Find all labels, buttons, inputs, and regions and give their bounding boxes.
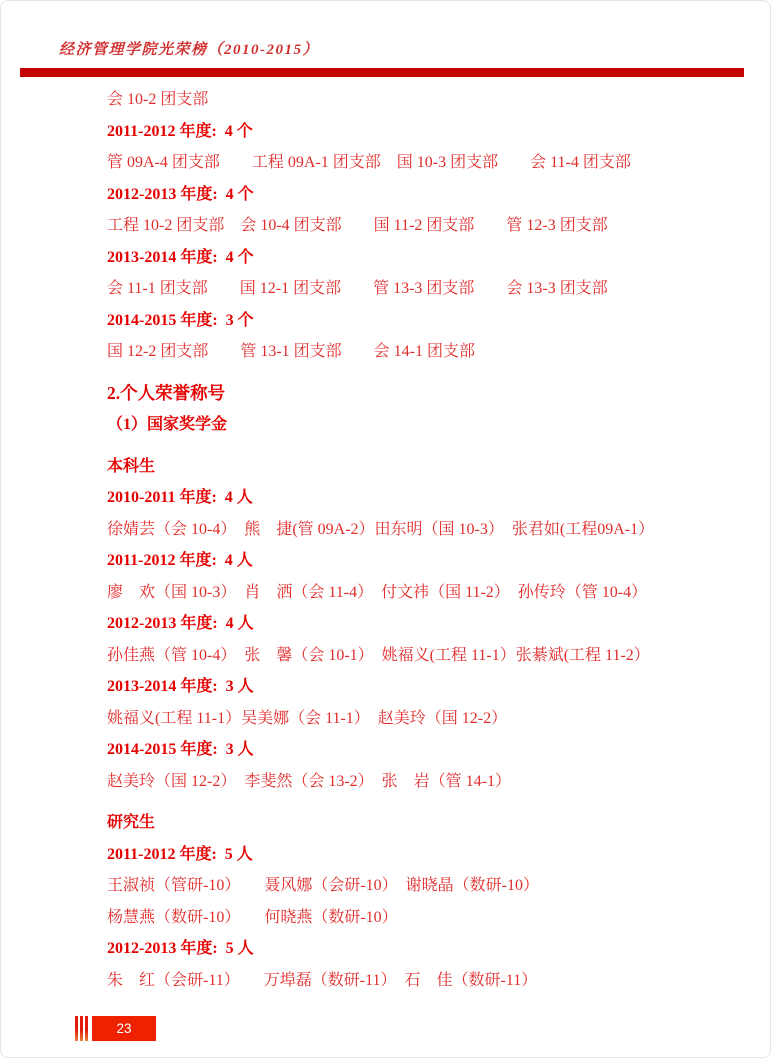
entry-line: 王淑祯（管研-10） 聂风娜（会研-10） 谢晓晶（数研-10） <box>107 870 757 902</box>
year-heading: 2011-2012 年度: 4 人 <box>107 545 757 577</box>
entry-line: 会 11-1 团支部 国 12-1 团支部 管 13-3 团支部 会 13-3 … <box>107 273 757 305</box>
year-heading: 2013-2014 年度: 3 人 <box>107 671 757 703</box>
year-heading: 2012-2013 年度: 4 个 <box>107 179 757 211</box>
page-header-title: 经济管理学院光荣榜（2010-2015） <box>59 38 319 59</box>
year-heading: 2012-2013 年度: 4 人 <box>107 608 757 640</box>
footer-stripe <box>80 1016 83 1041</box>
year-heading: 2012-2013 年度: 5 人 <box>107 933 757 965</box>
footer-stripe <box>75 1016 78 1041</box>
year-heading: 2011-2012 年度: 5 人 <box>107 839 757 871</box>
subsection-heading: （1）国家奖学金 <box>107 409 757 441</box>
section-heading: 2.个人荣誉称号 <box>107 378 757 410</box>
entry-line: 姚福义(工程 11-1）吴美娜（会 11-1） 赵美玲（国 12-2） <box>107 703 757 735</box>
entry-line: 孙佳燕（管 10-4） 张 馨（会 10-1） 姚福义(工程 11-1）张綦斌(… <box>107 640 757 672</box>
footer-stripe <box>85 1016 88 1041</box>
year-heading: 2014-2015 年度: 3 人 <box>107 734 757 766</box>
year-heading: 2010-2011 年度: 4 人 <box>107 482 757 514</box>
entry-line: 管 09A-4 团支部 工程 09A-1 团支部 国 10-3 团支部 会 11… <box>107 147 757 179</box>
entry-line: 朱 红（会研-11） 万埠磊（数研-11） 石 佳（数研-11） <box>107 965 757 997</box>
entry-line: 廖 欢（国 10-3） 肖 洒（会 11-4） 付文祎（国 11-2） 孙传玲（… <box>107 577 757 609</box>
year-heading: 2014-2015 年度: 3 个 <box>107 305 757 337</box>
page-number-badge: 23 <box>92 1016 156 1041</box>
year-heading: 2013-2014 年度: 4 个 <box>107 242 757 274</box>
group-heading: 研究生 <box>107 807 757 839</box>
footer: 23 <box>75 1016 156 1041</box>
entry-line: 会 10-2 团支部 <box>107 84 757 116</box>
entry-line: 徐婧芸（会 10-4） 熊 捷(管 09A-2）田东明（国 10-3） 张君如(… <box>107 514 757 546</box>
entry-line: 国 12-2 团支部 管 13-1 团支部 会 14-1 团支部 <box>107 336 757 368</box>
entry-line: 工程 10-2 团支部 会 10-4 团支部 国 11-2 团支部 管 12-3… <box>107 210 757 242</box>
entry-line: 赵美玲（国 12-2） 李斐然（会 13-2） 张 岩（管 14-1） <box>107 766 757 798</box>
document-content: 会 10-2 团支部2011-2012 年度: 4 个管 09A-4 团支部 工… <box>107 84 757 996</box>
group-heading: 本科生 <box>107 451 757 483</box>
year-heading: 2011-2012 年度: 4 个 <box>107 116 757 148</box>
header-rule <box>20 68 744 77</box>
entry-line: 杨慧燕（数研-10） 何晓燕（数研-10） <box>107 902 757 934</box>
